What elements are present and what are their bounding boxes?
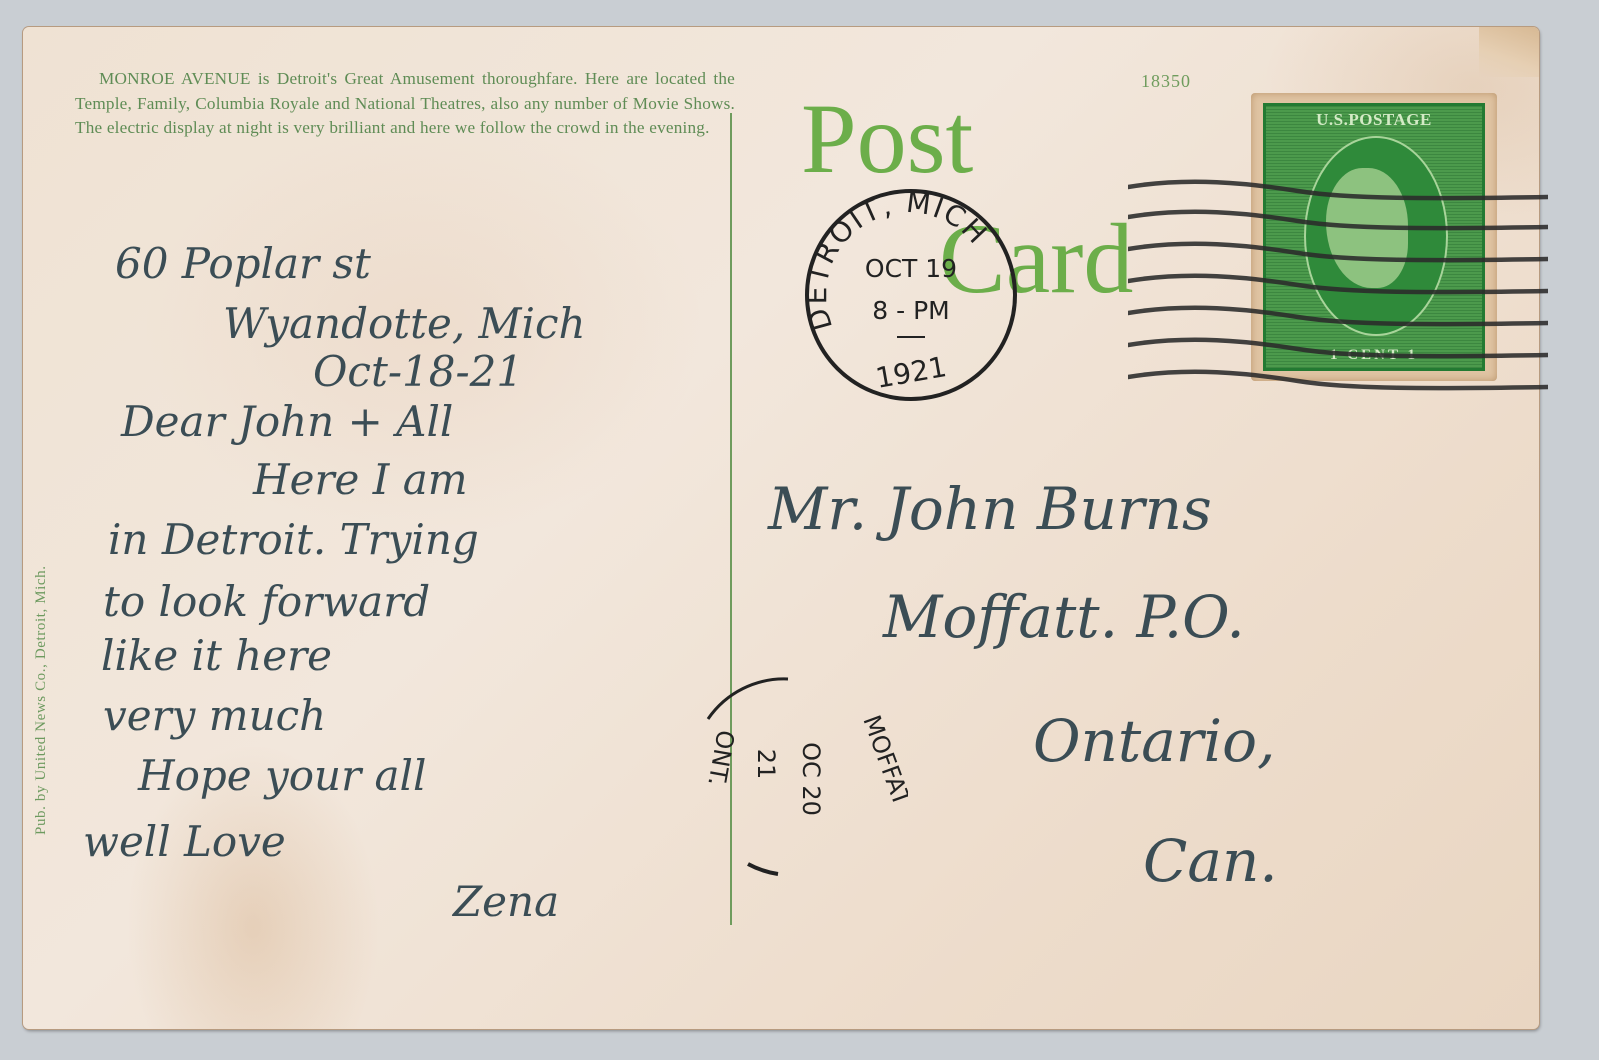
message-line: to look forward bbox=[103, 577, 430, 626]
publisher-text: Pub. by United News Co., Detroit, Mich. bbox=[33, 565, 50, 835]
moffat-postmark: OC 20 MOFFAT 21 ONT. bbox=[678, 659, 908, 889]
machine-cancel-lines bbox=[1128, 177, 1548, 397]
address-post-office: Moffatt. P.O. bbox=[883, 583, 1245, 651]
address-recipient: Mr. John Burns bbox=[768, 475, 1212, 543]
message-line: 60 Poplar st bbox=[115, 239, 371, 288]
moffat-year: 21 bbox=[752, 749, 780, 780]
publisher-credit: Pub. by United News Co., Detroit, Mich. bbox=[33, 295, 53, 835]
address-country: Can. bbox=[1143, 827, 1278, 895]
printed-description: MONROE AVENUE is Detroit's Great Amuseme… bbox=[75, 67, 735, 141]
moffat-province: ONT. bbox=[702, 728, 739, 788]
message-line: Hope your all bbox=[138, 751, 426, 800]
detroit-postmark: DETROIT, MICH OCT 19 8 - PM 1921 bbox=[793, 177, 1029, 413]
description-text: MONROE AVENUE is Detroit's Great Amuseme… bbox=[75, 67, 735, 141]
postmark-time: 8 - PM bbox=[872, 296, 949, 325]
postcard-back: MONROE AVENUE is Detroit's Great Amuseme… bbox=[23, 27, 1539, 1029]
message-line: Dear John + All bbox=[121, 397, 453, 446]
message-line: Here I am bbox=[253, 455, 468, 504]
message-line: very much bbox=[103, 691, 326, 740]
heading-post: Post bbox=[801, 89, 973, 189]
corner-wear bbox=[1479, 27, 1539, 77]
moffat-date: OC 20 bbox=[797, 742, 825, 816]
postmark-year: 1921 bbox=[873, 350, 949, 395]
message-line: Wyandotte, Mich bbox=[223, 299, 586, 348]
message-line: in Detroit. Trying bbox=[108, 515, 479, 564]
message-line: well Love bbox=[83, 817, 286, 866]
message-line: like it here bbox=[101, 631, 332, 680]
message-signature: Zena bbox=[453, 877, 559, 926]
postmark-date: OCT 19 bbox=[865, 254, 957, 283]
address-province: Ontario, bbox=[1033, 707, 1275, 775]
serial-number: 18350 bbox=[1141, 71, 1191, 92]
stamp-top-text: U.S.POSTAGE bbox=[1266, 110, 1482, 130]
message-line: Oct-18-21 bbox=[313, 347, 523, 396]
moffat-city: MOFFAT bbox=[857, 711, 908, 809]
